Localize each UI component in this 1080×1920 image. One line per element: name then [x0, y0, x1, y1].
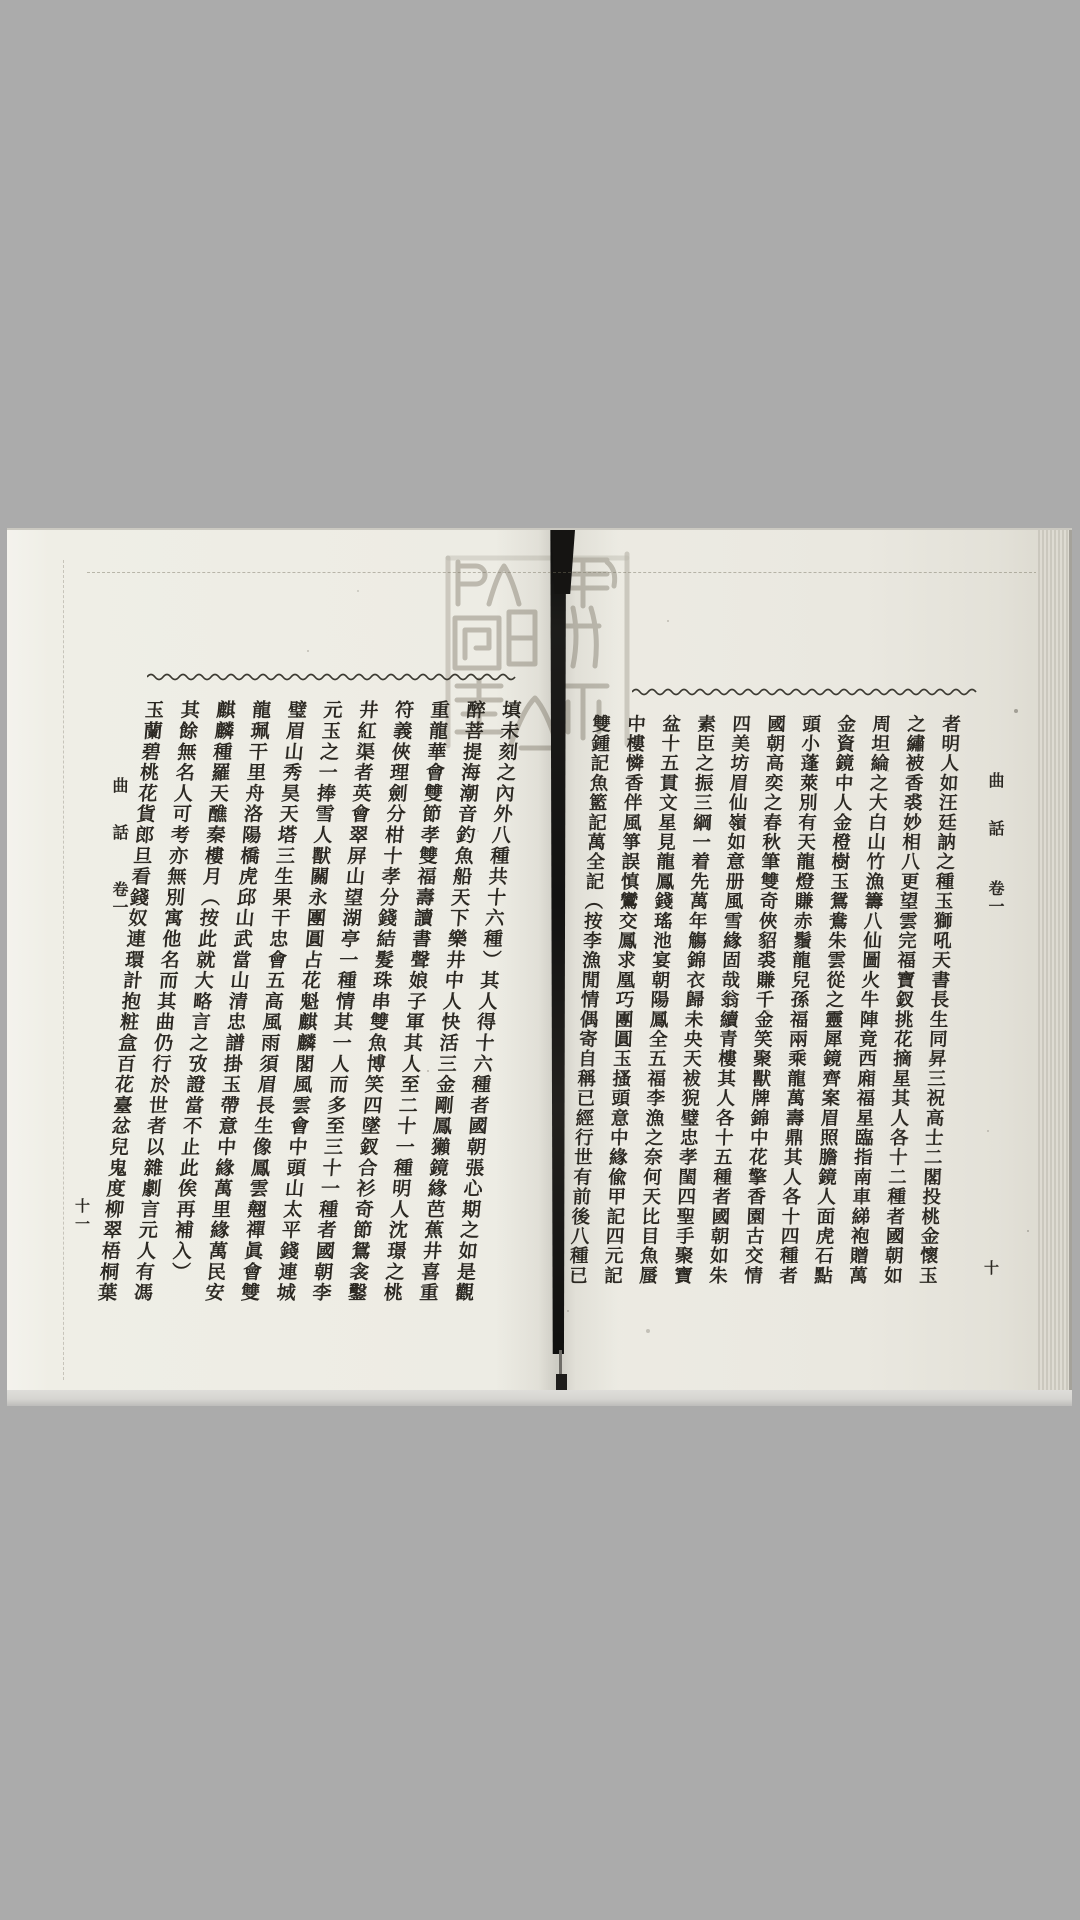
- paper-speckles: [7, 530, 9, 532]
- margin-title-char: 話: [983, 820, 1006, 838]
- top-crease-line: [87, 572, 1037, 573]
- right-page-number: 十: [980, 1260, 1001, 1278]
- right-page-wavy-rule: [632, 686, 977, 698]
- right-page-columns: 者明人如汪廷訥之種玉獅吼天書長生同昇三祝高士二閣投桃金懷玉之繡被香裘妙相八更望雲…: [0, 714, 1072, 1354]
- margin-title-char: 曲: [983, 772, 1006, 790]
- page-stack-bottom-edge: [7, 1390, 1072, 1406]
- right-margin-title: 曲 話 卷一: [983, 772, 1003, 952]
- screenshot-canvas: { "book": { "margin_title": { "l1": "曲",…: [0, 0, 1080, 1920]
- left-page-wavy-rule: [147, 671, 519, 683]
- margin-title-char: 卷一: [983, 880, 1006, 916]
- book-spread: 填未刻之內外八種共十六種）其人得十六種者國朝張心期之如是觀醉菩提海潮音釣魚船天下…: [7, 528, 1072, 1392]
